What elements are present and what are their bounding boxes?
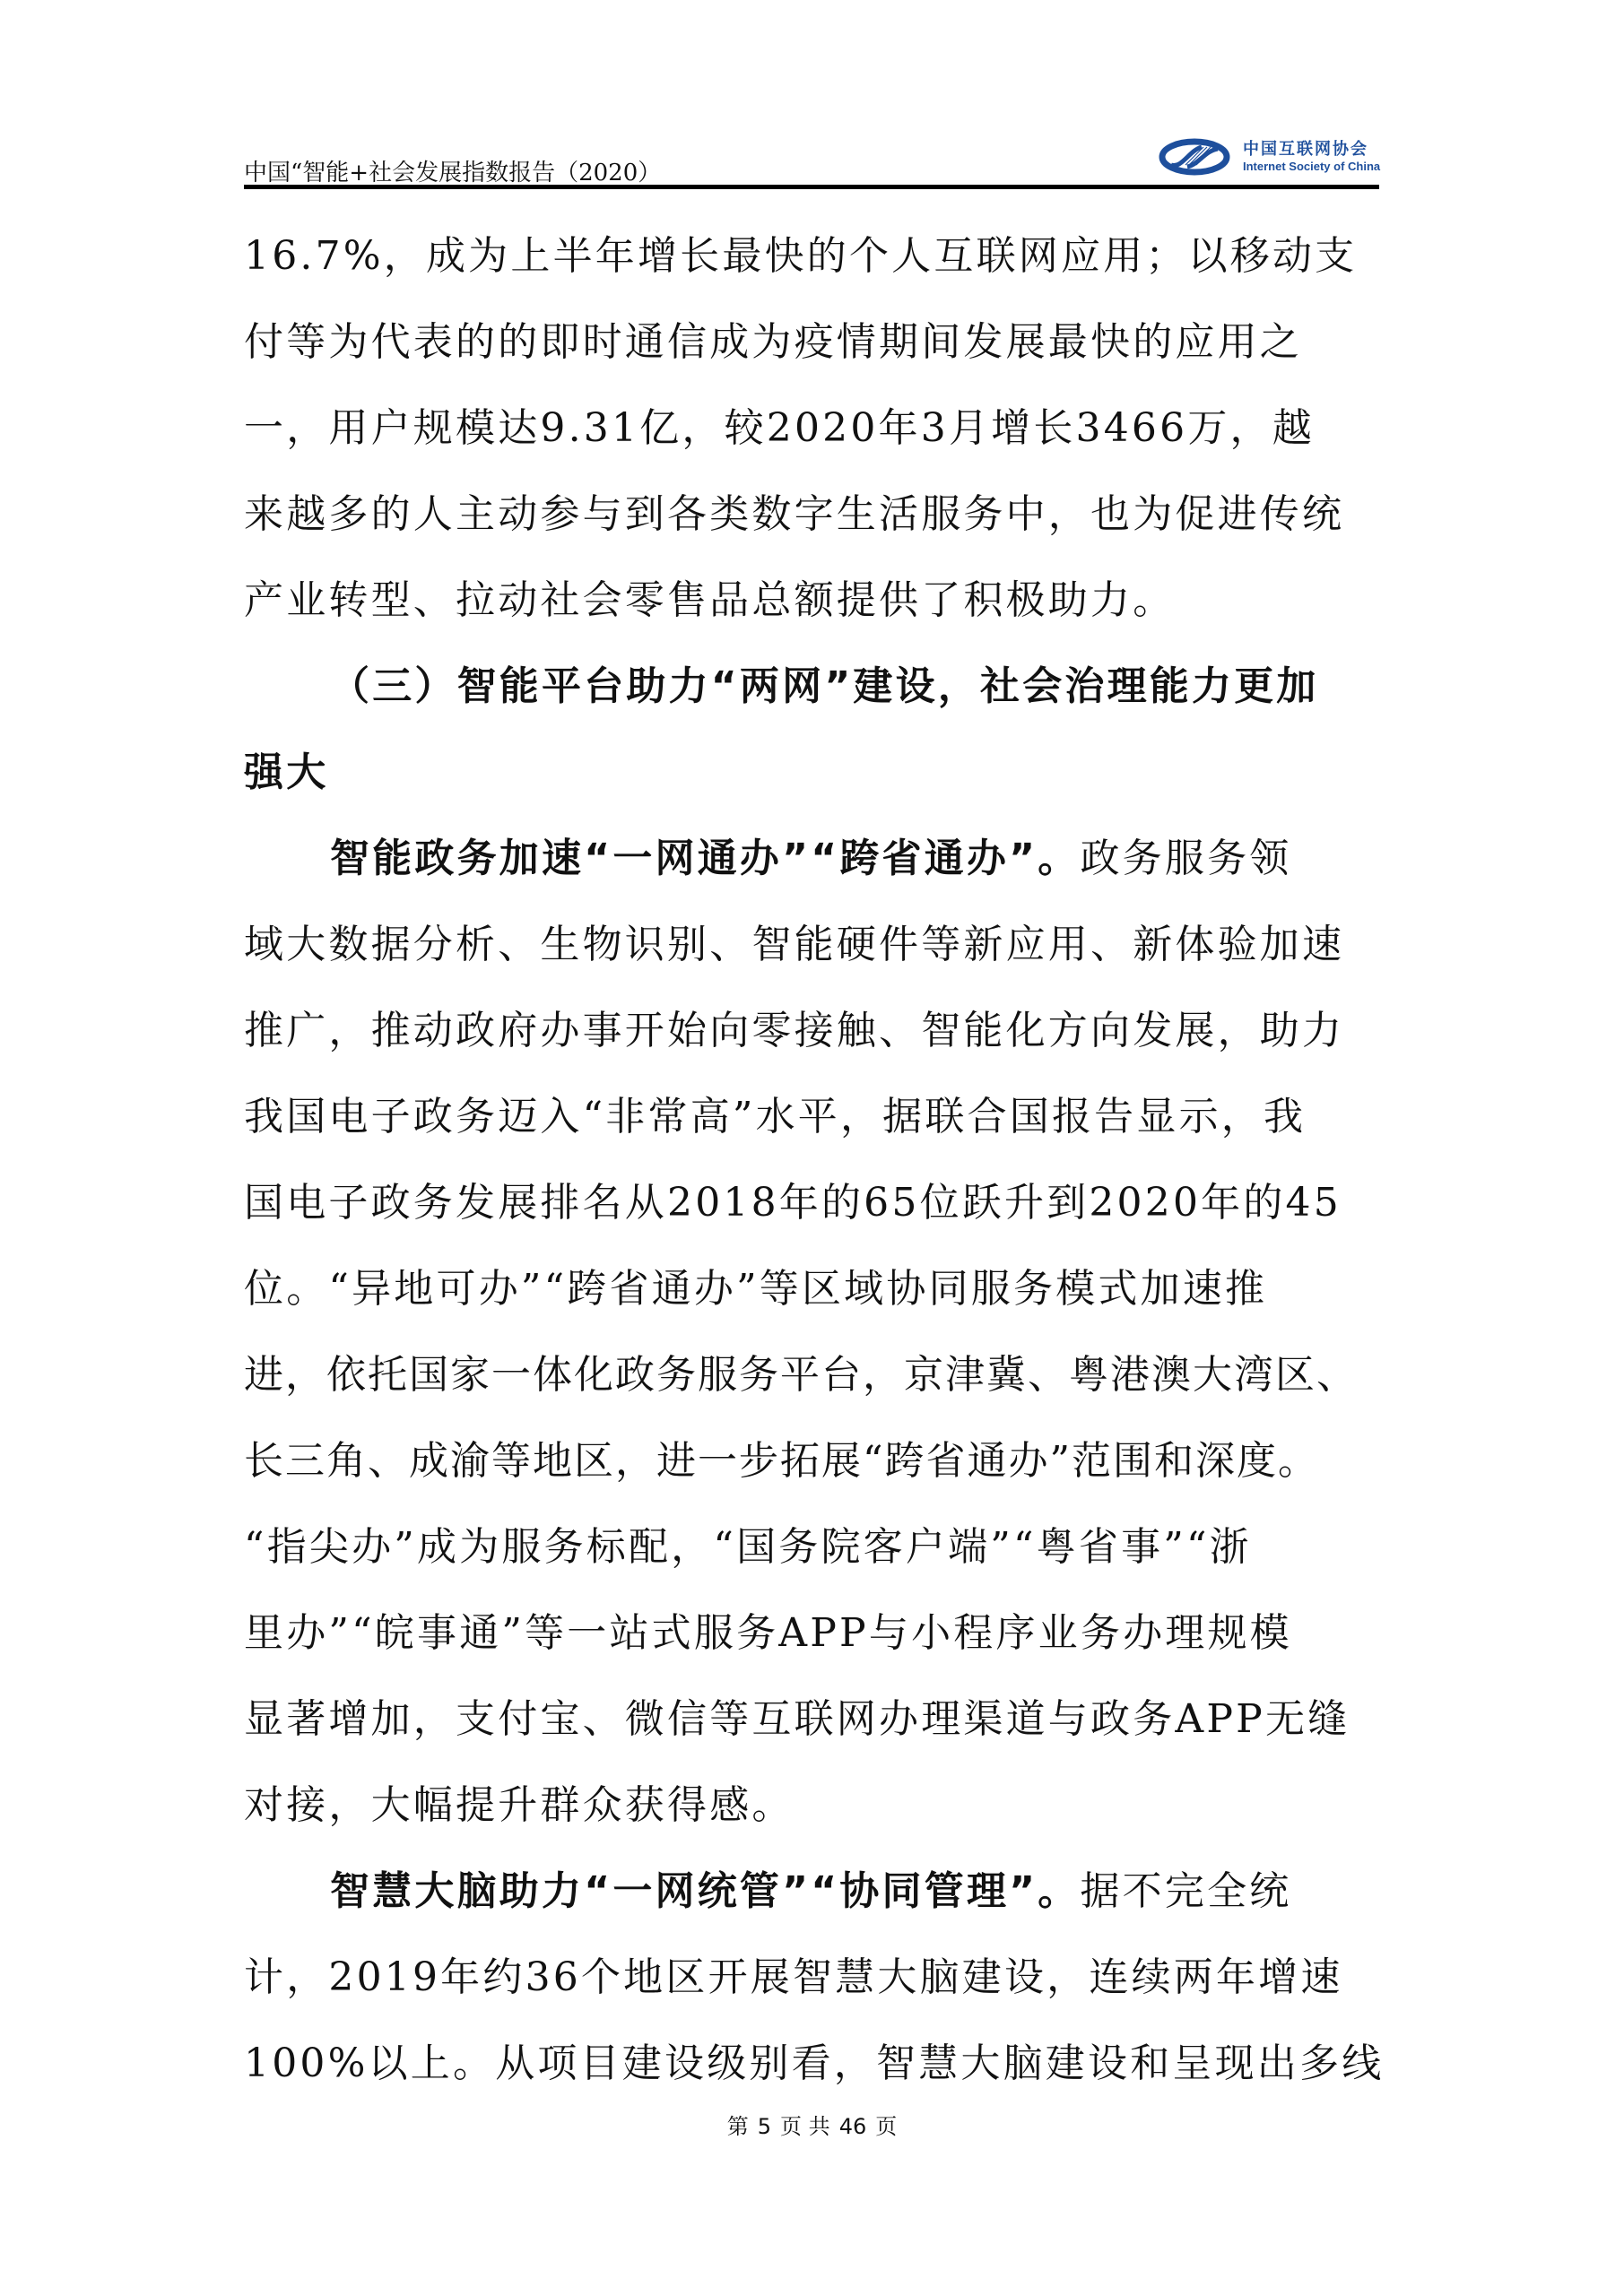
body-line: 进，依托国家一体化政务服务平台，京津冀、粤港澳大湾区、 (244, 1332, 1383, 1418)
body-line: 域大数据分析、生物识别、智能硬件等新应用、新体验加速 (244, 902, 1383, 988)
page-number: 5 (758, 2114, 771, 2139)
header-divider (244, 185, 1379, 189)
body-line: 产业转型、拉动社会零售品总额提供了积极助力。 (244, 558, 1383, 644)
section-heading: （三）智能平台助力“两网”建设，社会治理能力更加 (244, 644, 1383, 730)
isc-logo-icon (1159, 138, 1230, 176)
body-line: 来越多的人主动参与到各类数字生活服务中，也为促进传统 (244, 472, 1383, 558)
body-line: 里办”“皖事通”等一站式服务APP与小程序业务办理规模 (244, 1590, 1383, 1677)
body-line: 16.7%，成为上半年增长最快的个人互联网应用；以移动支 (244, 213, 1383, 299)
section-heading-continued: 强大 (244, 730, 1383, 816)
paragraph-text: 据不完全统 (1080, 1868, 1291, 1914)
page-footer: 第5页 共46页 (0, 2109, 1624, 2140)
body-line: 付等为代表的的即时通信成为疫情期间发展最快的应用之 (244, 299, 1383, 386)
paragraph-text: 政务服务领 (1080, 836, 1291, 881)
paragraph-lead: 智能政务加速“一网通办”“跨省通办”。 (330, 836, 1080, 881)
body-line: 位。“异地可办”“跨省通办”等区域协同服务模式加速推 (244, 1246, 1383, 1332)
page-body: 16.7%，成为上半年增长最快的个人互联网应用；以移动支 付等为代表的的即时通信… (244, 213, 1383, 2107)
footer-prefix: 第 (727, 2114, 749, 2139)
footer-middle: 页 共 (780, 2114, 830, 2139)
body-line: 长三角、成渝等地区，进一步拓展“跨省通办”范围和深度。 (244, 1418, 1383, 1504)
body-line: 国电子政务发展排名从2018年的65位跃升到2020年的45 (244, 1160, 1383, 1246)
paragraph-first-line: 智能政务加速“一网通办”“跨省通办”。政务服务领 (244, 816, 1383, 902)
footer-suffix: 页 (875, 2114, 897, 2139)
logo-name-en: Internet Society of China (1243, 160, 1380, 172)
body-line: 对接，大幅提升群众获得感。 (244, 1763, 1383, 1849)
page-header: 中国“智能+社会发展指数报告（2020） 中国互联网协会 Internet So… (244, 134, 1381, 190)
document-title: 中国“智能+社会发展指数报告（2020） (244, 154, 661, 187)
body-line: “指尖办”成为服务标配，“国务院客户端”“粤省事”“浙 (244, 1504, 1383, 1590)
body-line: 计，2019年约36个地区开展智慧大脑建设，连续两年增速 (244, 1935, 1383, 2021)
body-line: 一，用户规模达9.31亿，较2020年3月增长3466万，越 (244, 386, 1383, 472)
body-line: 推广，推动政府办事开始向零接触、智能化方向发展，助力 (244, 988, 1383, 1074)
body-line: 100%以上。从项目建设级别看，智慧大脑建设和呈现出多线 (244, 2021, 1383, 2107)
organization-logo: 中国互联网协会 Internet Society of China (1159, 134, 1380, 179)
page-total: 46 (839, 2114, 867, 2139)
paragraph-first-line: 智慧大脑助力“一网统管”“协同管理”。据不完全统 (244, 1849, 1383, 1935)
body-line: 我国电子政务迈入“非常高”水平，据联合国报告显示，我 (244, 1074, 1383, 1160)
body-line: 显著增加，支付宝、微信等互联网办理渠道与政务APP无缝 (244, 1677, 1383, 1763)
logo-name-cn: 中国互联网协会 (1243, 142, 1380, 158)
paragraph-lead: 智慧大脑助力“一网统管”“协同管理”。 (330, 1868, 1080, 1914)
